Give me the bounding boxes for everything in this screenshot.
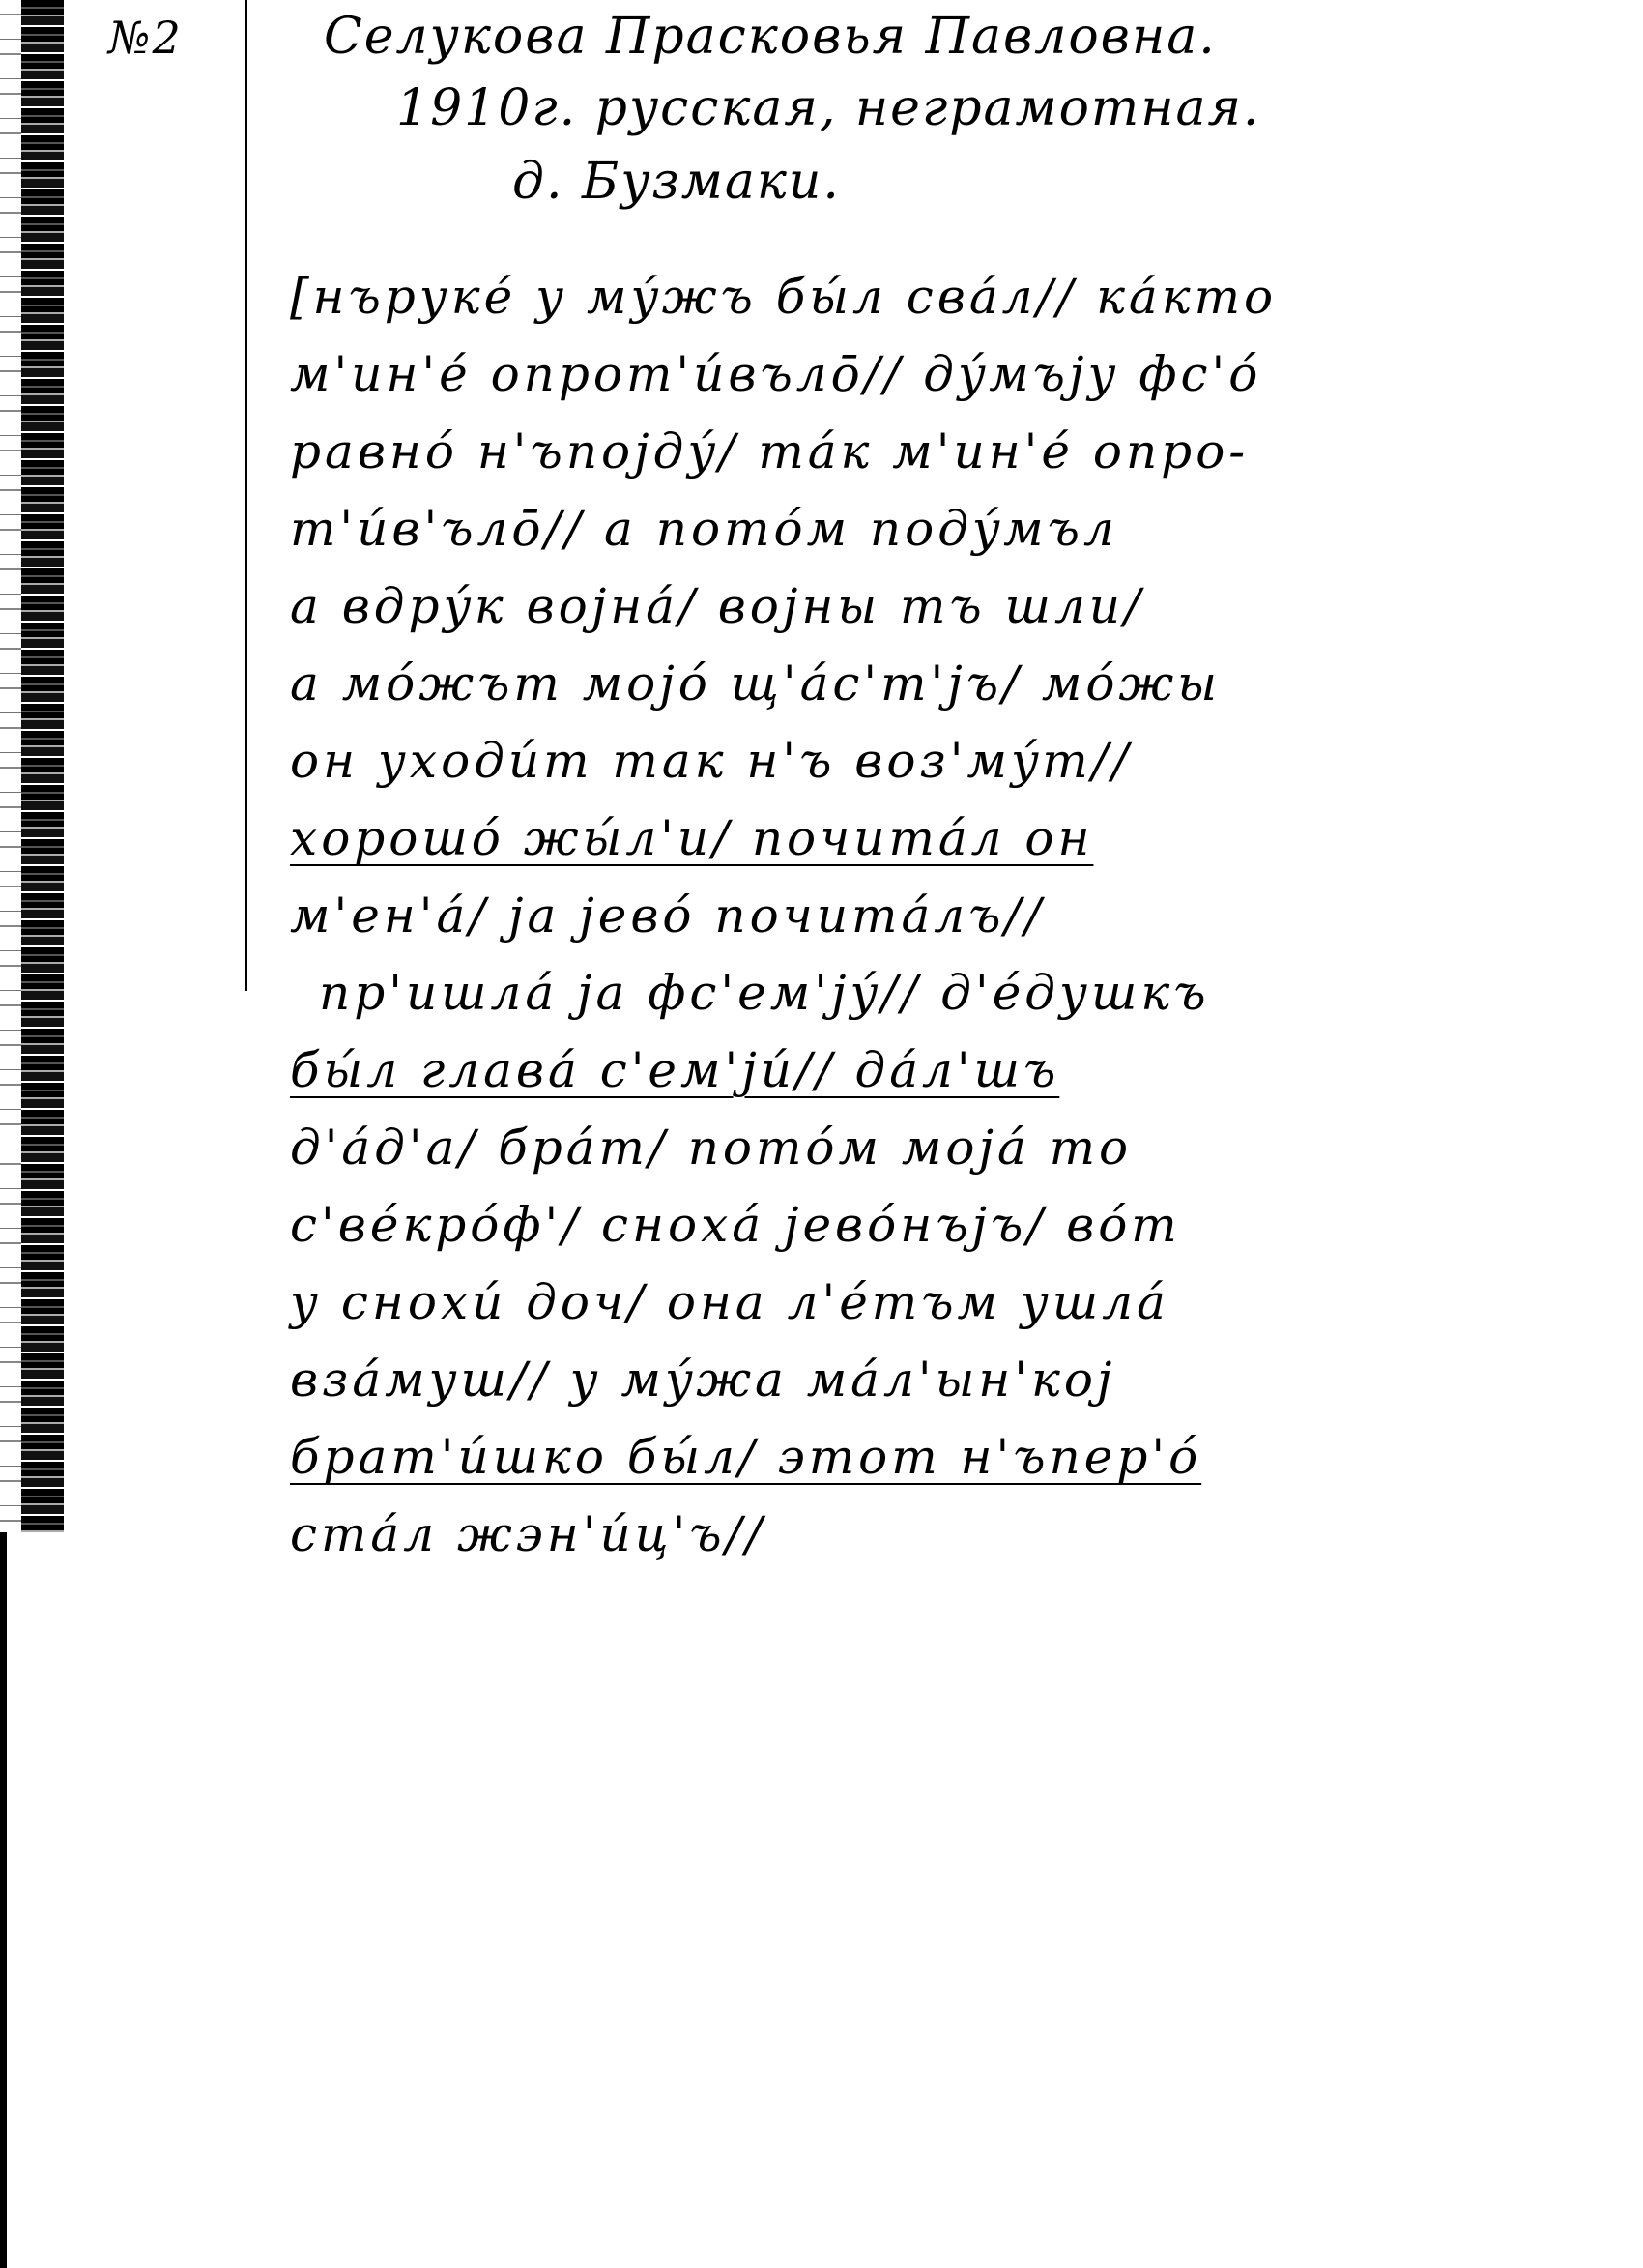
text-line: вза́муш// у мýжа ма́л'ын'кој [290,1352,1115,1408]
text-line: а мóжът мојó щ'а́с'т'јъ/ мóжы [290,655,1221,712]
text-line: хорошó жы́л'и/ почита́л он [290,810,1093,866]
binding-stripe [21,0,64,1532]
text-line: т'и́в'ълō// а потóм подýмъл [290,501,1118,557]
text-line: брат'и́шко бы́л/ этот н'ъпер'ó [290,1429,1201,1485]
text-line: ста́л жэн'и́ц'ъ// [290,1506,765,1562]
text-line: д'а́д'а/ бра́т/ потóм мојá то [290,1119,1132,1176]
text-line: м'ин'е́ опрот'и́вълō// дýмъју фс'ó [290,346,1261,402]
page-edge-shadow [0,1532,7,2268]
text-line: у снохи́ доч/ она л'éтъм ушла́ [290,1274,1169,1330]
text-line: пр'ишла́ ја фс'ем'јý// д'éдушкъ [319,965,1210,1021]
text-line: а вдрýк војна́/ војны тъ шли/ [290,578,1144,634]
margin-line [245,0,247,991]
scanned-page: №2 Селукова Прасковья Павловна. 1910г. р… [0,0,1643,2268]
record-number: №2 [108,12,183,64]
text-line: [нъруке́ у мýжъ бы́л сва́л// ка́кто [290,269,1277,325]
text-line: равнó н'ъпојдý/ та́к м'ин'е́ опро- [290,423,1249,480]
text-line: м'ен'а́/ ја јевó почита́лъ// [290,887,1045,944]
informant-name: Селукова Прасковья Павловна. [324,8,1217,66]
text-line: бы́л глава́ с'ем'ји́// да́л'шъ [290,1042,1059,1098]
text-line: он уходи́т так н'ъ воз'мýт// [290,733,1132,789]
informant-village: д. Бузмаки. [512,153,841,211]
informant-info: 1910г. русская, неграмотная. [396,79,1260,137]
text-line: с'вéкрóф'/ снохá јевóнъјъ/ вóт [290,1197,1181,1253]
